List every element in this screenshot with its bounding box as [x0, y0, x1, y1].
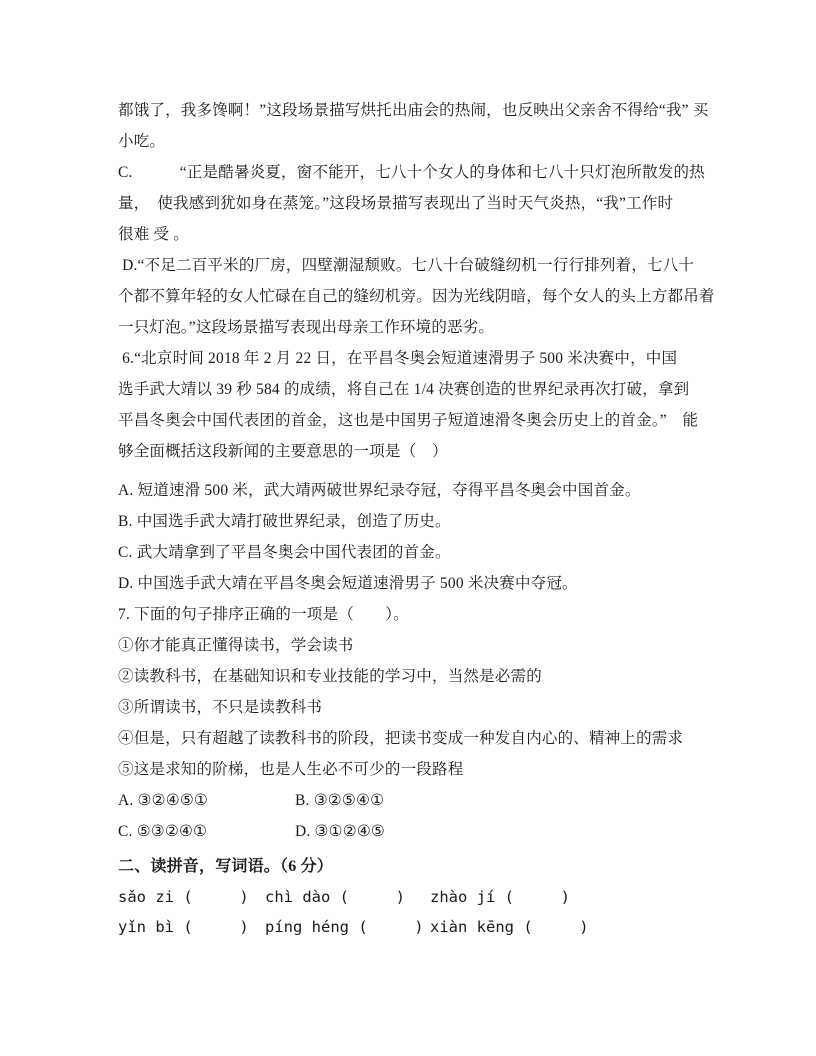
q5-optionB-line-2: 小吃。 — [118, 126, 738, 157]
q7-sentence-1: ①你才能真正懂得读书，学会读书 — [118, 630, 738, 661]
q6-options: A. 短道速滑 500 米，武大靖两破世界纪录夺冠，夺得平昌冬奥会中国首金。 B… — [118, 475, 738, 599]
q6-option-A: A. 短道速滑 500 米，武大靖两破世界纪录夺冠，夺得平昌冬奥会中国首金。 — [118, 475, 738, 506]
q7-sentence-2: ②读教科书，在基础知识和专业技能的学习中，当然是必需的 — [118, 661, 738, 692]
q6-stem-line-1: 6.“北京时间 2018 年 2 月 22 日，在平昌冬奥会短道速滑男子 500… — [118, 343, 738, 374]
q7-sentence-5: ⑤这是求知的阶梯，也是人生必不可少的一段路程 — [118, 754, 738, 785]
pinyin-blank-zhaoji: zhào jí ( ) — [430, 882, 570, 912]
q6-stem-line-2: 选手武大靖以 39 秒 584 的成绩，将自己在 1/4 决赛创造的世界纪录再次… — [118, 374, 738, 405]
q5-optionD-line-3: 一只灯泡。”这段场景描写表现出母亲工作环境的恶劣。 — [118, 312, 738, 343]
q5-optionB-line-1: 都饿了，我多馋啊！”这段场景描写烘托出庙会的热闹，也反映出父亲舍不得给“我” 买 — [118, 95, 738, 126]
q5-optionD-line-1: D.“不足二百平米的厂房，四壁潮湿颓败。七八十台破缝纫机一行行排列着，七八十 — [118, 250, 738, 281]
q6-stem-line-4: 够全面概括这段新闻的主要意思的一项是（ ） — [118, 436, 738, 467]
q7-answer-B: B. ③②⑤④① — [295, 785, 384, 816]
q6-option-B: B. 中国选手武大靖打破世界纪录，创造了历史。 — [118, 506, 738, 537]
q5-optionC-line-1: C. “正是酷暑炎夏，窗不能开，七八十个女人的身体和七八十只灯泡所散发的热 — [118, 157, 738, 188]
pinyin-blank-chidao: chì dào ( ) — [265, 882, 430, 912]
q6-stem-line-3: 平昌冬奥会中国代表团的首金，这也是中国男子短道速滑冬奥会历史上的首金。” 能 — [118, 405, 738, 436]
q6-option-D: D. 中国选手武大靖在平昌冬奥会短道速滑男子 500 米决赛中夺冠。 — [118, 568, 738, 599]
q5-optionC-line-2: 量， 使我感到犹如身在蒸笼。”这段场景描写表现出了当时天气炎热，“我”工作时 — [118, 188, 738, 219]
q7-answer-row-2: C. ⑤③②④① D. ③①②④⑤ — [118, 816, 738, 847]
q5-optionC-line-3: 很难 受 。 — [118, 219, 738, 250]
pinyin-row-2: yǐn bì ( ) píng héng ( ) xiàn kēng ( ) — [118, 912, 738, 942]
q7-answer-A: A. ③②④⑤① — [118, 785, 295, 816]
q7-answer-C: C. ⑤③②④① — [118, 816, 295, 847]
q6-option-C: C. 武大靖拿到了平昌冬奥会中国代表团的首金。 — [118, 537, 738, 568]
section2-title: 二、读拼音，写词语。（6 分） — [118, 851, 738, 882]
q7-sentence-4: ④但是，只有超越了读教科书的阶段，把读书变成一种发自内心的、精神上的需求 — [118, 723, 738, 754]
q7-answer-D: D. ③①②④⑤ — [295, 816, 385, 847]
exam-page: 都饿了，我多馋啊！”这段场景描写烘托出庙会的热闹，也反映出父亲舍不得给“我” 买… — [0, 0, 816, 1056]
pinyin-blank-saozi: sǎo zi ( ) — [118, 882, 265, 912]
pinyin-blank-yinbi: yǐn bì ( ) — [118, 912, 265, 942]
q7-sentence-3: ③所谓读书，不只是读教科书 — [118, 692, 738, 723]
pinyin-blank-pingheng: píng héng ( ) — [265, 912, 430, 942]
q7-stem: 7. 下面的句子排序正确的一项是（ ）。 — [118, 599, 738, 630]
q5-optionD-line-2: 个都不算年轻的女人忙碌在自己的缝纫机旁。因为光线阴暗，每个女人的头上方都吊着 — [118, 281, 738, 312]
q7-answer-row-1: A. ③②④⑤① B. ③②⑤④① — [118, 785, 738, 816]
pinyin-row-1: sǎo zi ( ) chì dào ( ) zhào jí ( ) — [118, 882, 738, 912]
pinyin-blank-xiankeng: xiàn kēng ( ) — [430, 912, 589, 942]
